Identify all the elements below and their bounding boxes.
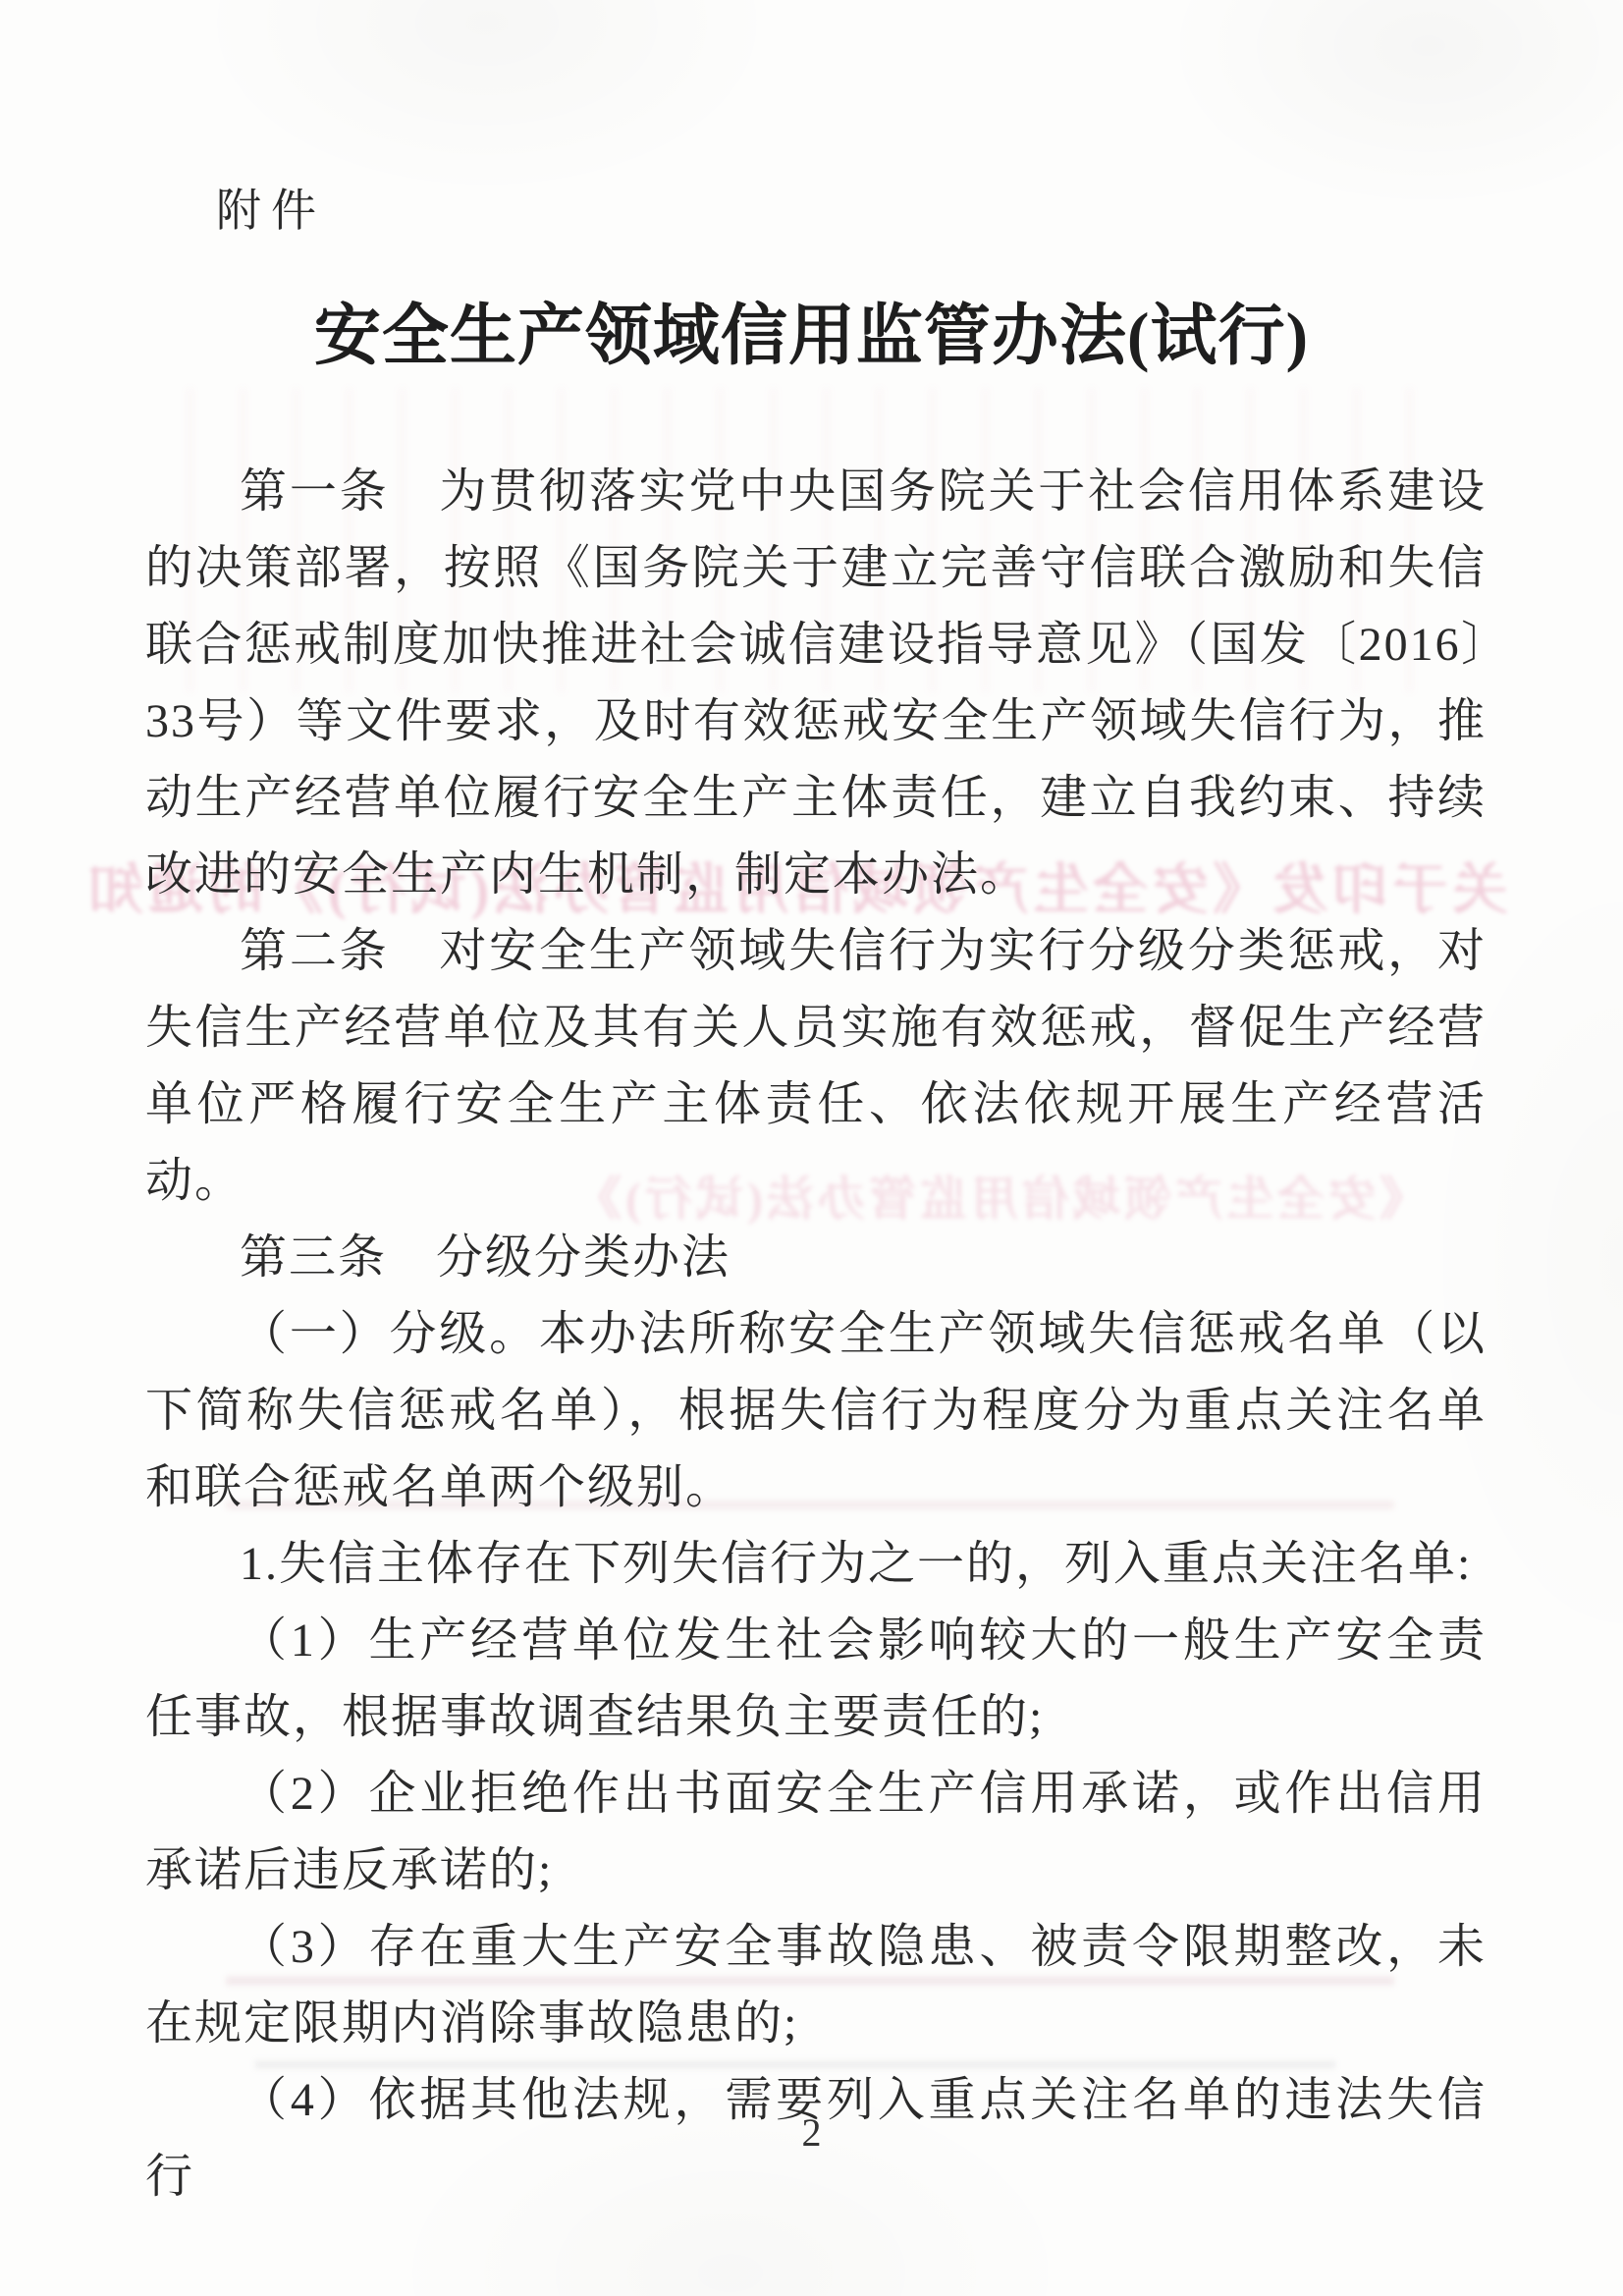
body-paragraph: （一）分级。本办法所称安全生产领域失信惩戒名单（以下简称失信惩戒名单），根据失信… — [145, 1296, 1487, 1526]
body-paragraph: 第三条 分级分类办法 — [145, 1220, 1487, 1296]
document-title: 安全生产领域信用监管办法(试行) — [0, 283, 1623, 378]
scanned-document-page: 关于印发《安全生产领域信用监管办法(试行)》的通知 《安全生产领域信用监管办法(… — [0, 0, 1623, 2296]
body-paragraph: （2）企业拒绝作出书面安全生产信用承诺，或作出信用承诺后违反承诺的; — [145, 1756, 1487, 1909]
body-paragraph: 第二条 对安全生产领域失信行为实行分级分类惩戒，对失信生产经营单位及其有关人员实… — [145, 913, 1487, 1220]
page-number: 2 — [0, 2109, 1623, 2156]
body-paragraph: （3）存在重大生产安全事故隐患、被责令限期整改，未在规定限期内消除事故隐患的; — [145, 1909, 1487, 2062]
body-paragraph: （1）生产经营单位发生社会影响较大的一般生产安全责任事故，根据事故调查结果负主要… — [145, 1603, 1487, 1756]
attachment-label: 附件 — [216, 175, 326, 240]
body-paragraph: 1.失信主体存在下列失信行为之一的，列入重点关注名单: — [145, 1526, 1487, 1603]
document-body: 第一条 为贯彻落实党中央国务院关于社会信用体系建设的决策部署，按照《国务院关于建… — [145, 454, 1487, 2215]
body-paragraph: 第一条 为贯彻落实党中央国务院关于社会信用体系建设的决策部署，按照《国务院关于建… — [145, 454, 1487, 913]
